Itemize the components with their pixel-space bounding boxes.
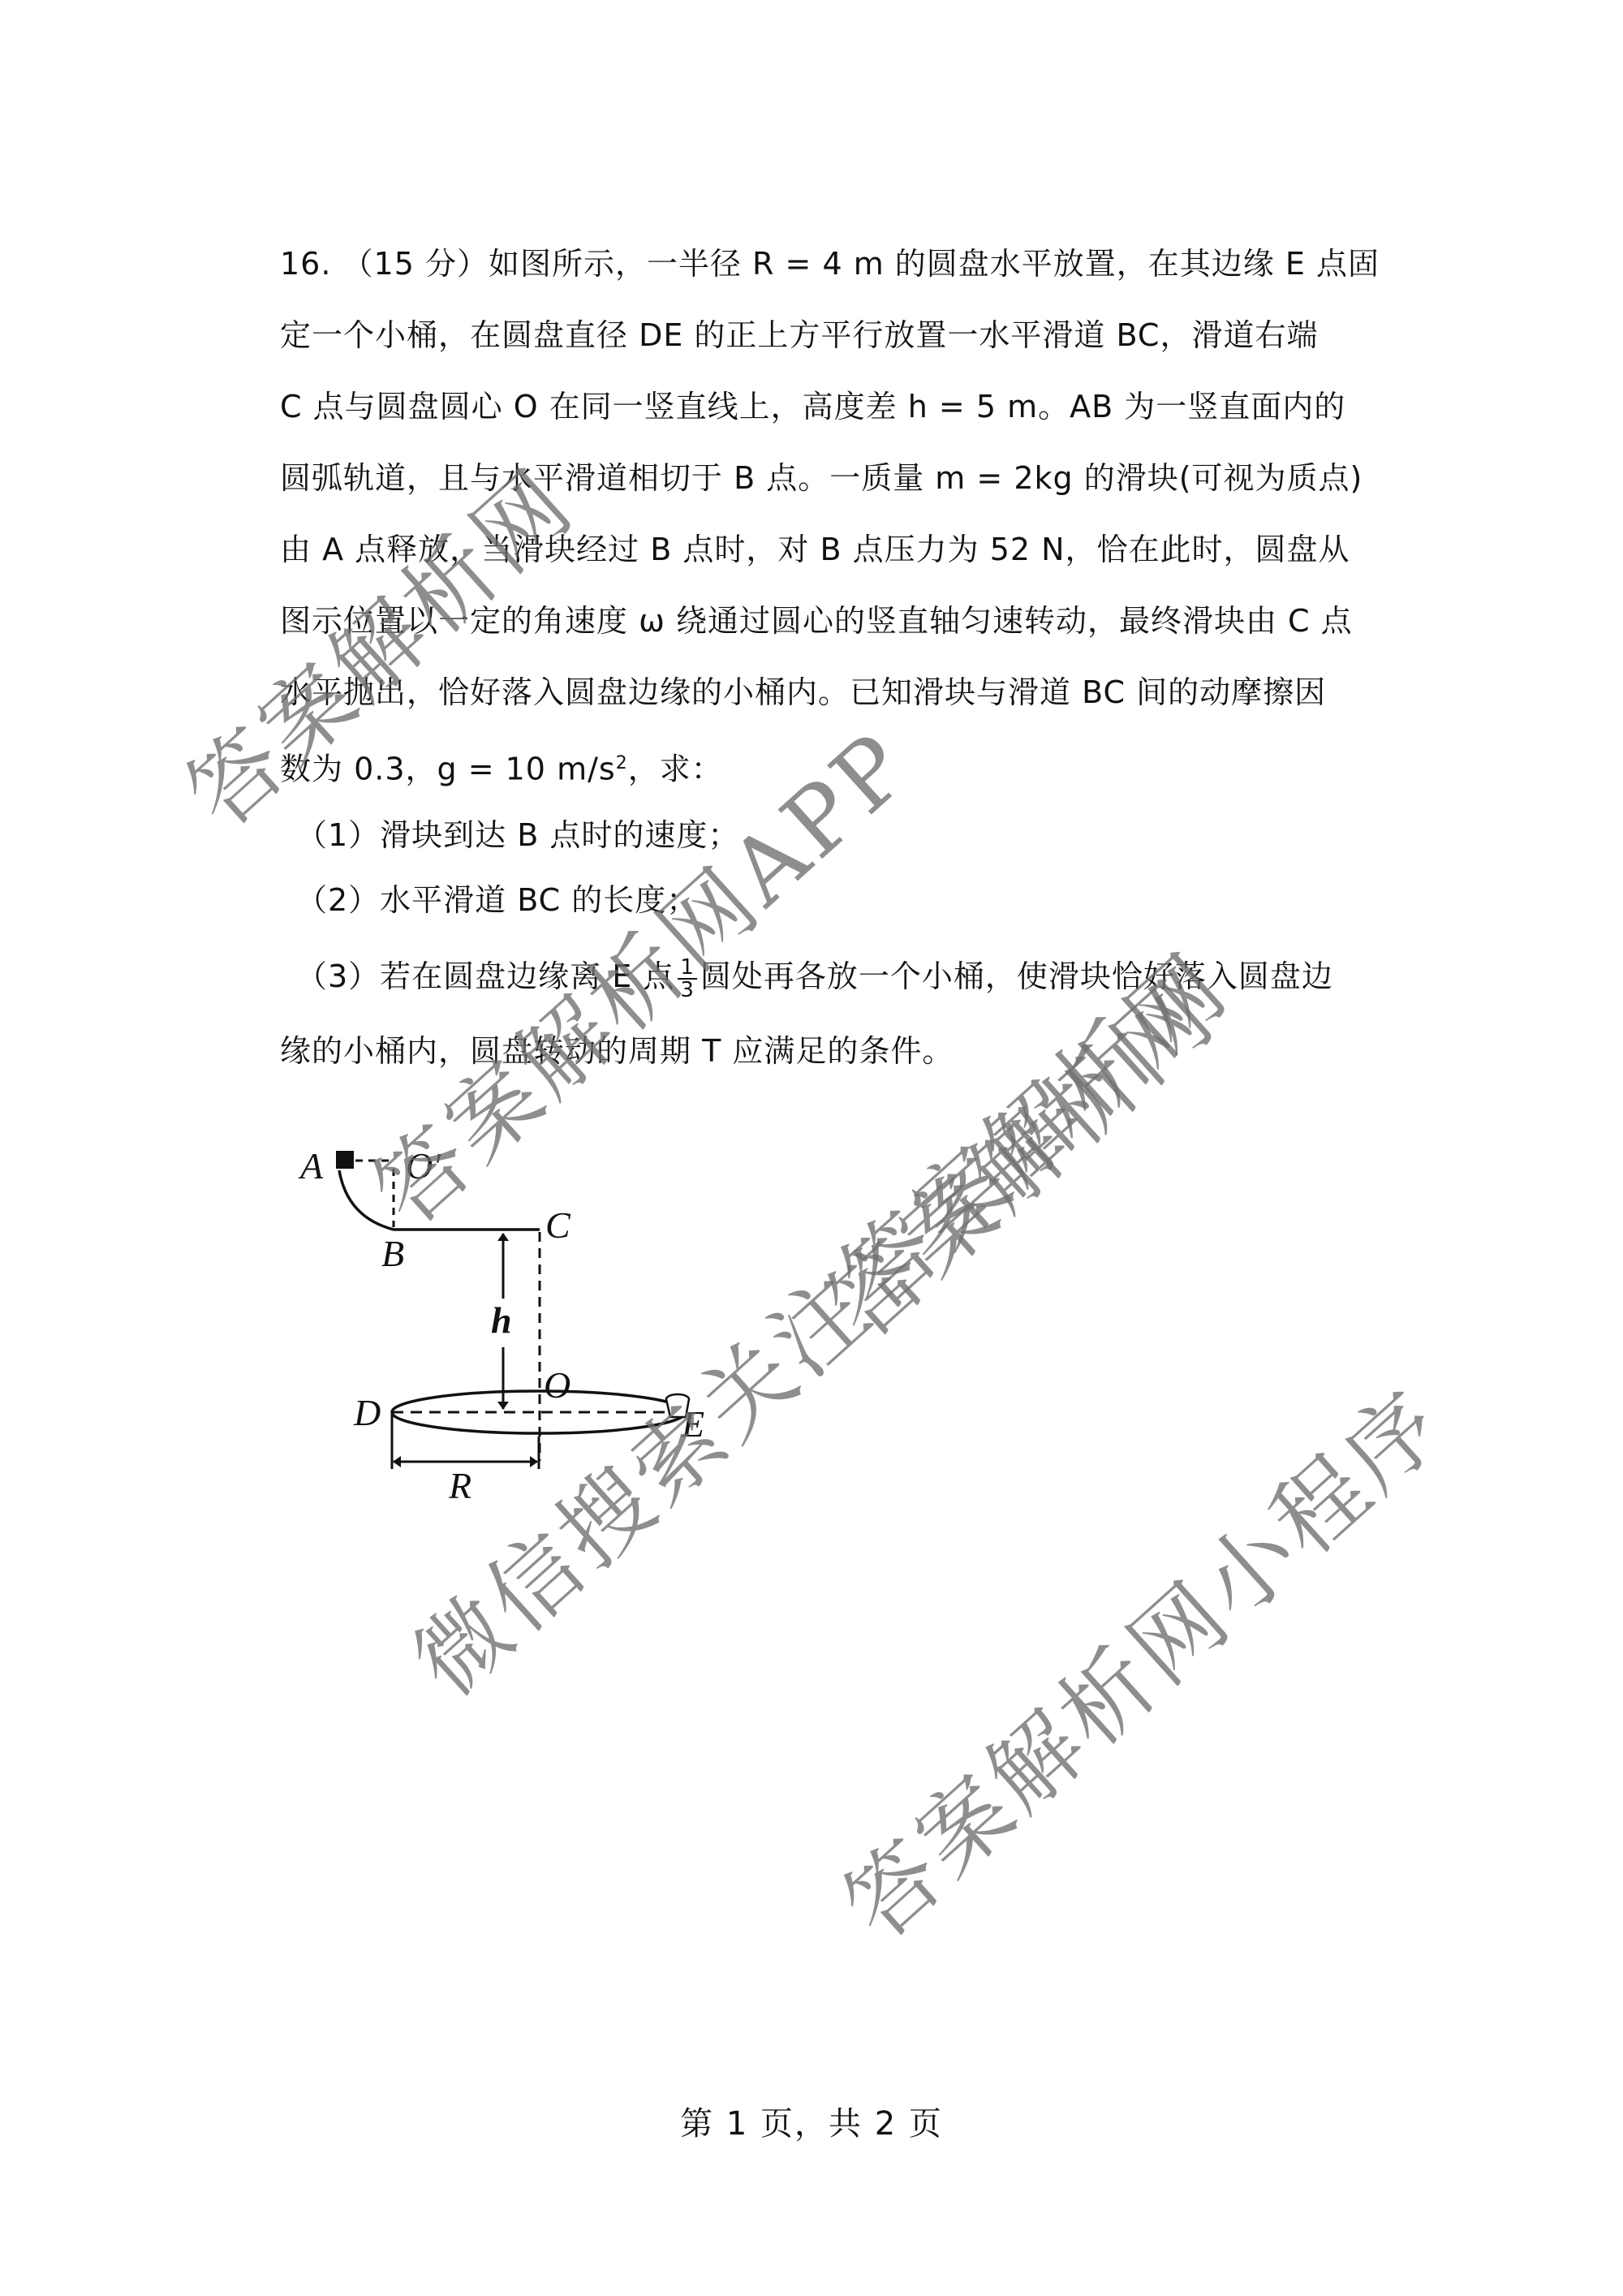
physics-diagram: A O′ B C h O D E R <box>0 0 1623 2296</box>
label-O-prime: O′ <box>406 1145 441 1187</box>
arc-track-AB <box>339 1170 394 1230</box>
slider-block <box>336 1151 354 1169</box>
label-B: B <box>381 1233 404 1274</box>
label-O: O <box>544 1364 570 1406</box>
label-E: E <box>681 1403 704 1445</box>
label-h: h <box>491 1299 512 1341</box>
page-footer: 第 1 页，共 2 页 <box>0 2098 1623 2144</box>
label-A: A <box>298 1145 324 1187</box>
label-C: C <box>545 1204 571 1246</box>
label-D: D <box>353 1392 381 1433</box>
label-R: R <box>448 1465 471 1506</box>
